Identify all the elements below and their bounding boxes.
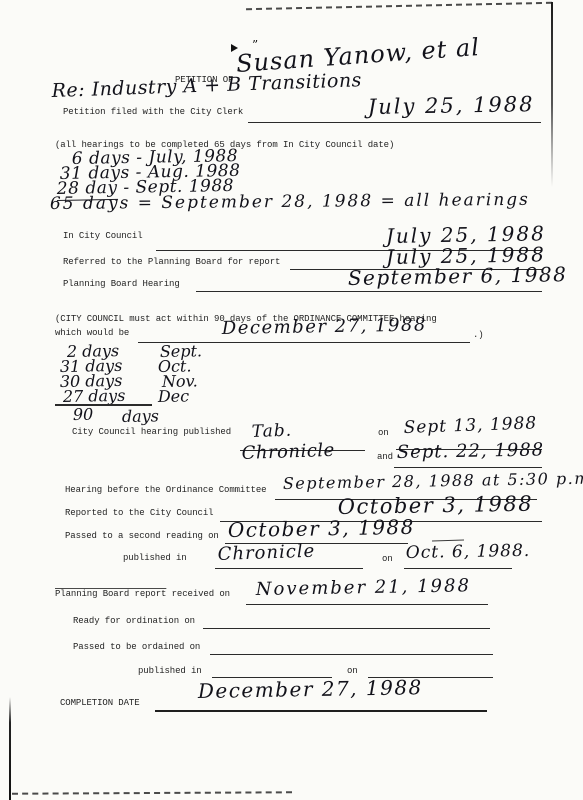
second-published-paper-handwritten: Chronicle: [217, 543, 315, 564]
passed-to-be-ordained-label: Passed to be ordained on: [73, 642, 200, 653]
tally65-row-4: 65 days = September 28, 1988 = all heari…: [50, 192, 530, 213]
tally90-sum-line: [55, 404, 152, 406]
filed-date-handwritten: July 25, 1988: [368, 94, 535, 118]
filed-with-clerk-label: Petition filed with the City Clerk: [63, 107, 243, 118]
hearing-published-label: City Council hearing published: [72, 427, 231, 438]
ready-for-ordination-label: Ready for ordination on: [73, 616, 195, 627]
referred-to-planning-board-label: Referred to the Planning Board for repor…: [63, 257, 280, 268]
hearing-published-date1-handwritten: Sept 13, 1988: [403, 415, 537, 437]
second-published-date-handwritten: Oct. 6, 1988.: [406, 543, 531, 562]
hearing-published-and-word: and: [377, 452, 393, 463]
second-reading-label: Passed to a second reading on: [65, 531, 219, 542]
pb-report-received-label: Planning Board report received on: [55, 589, 230, 600]
ready-for-ordination-line: [203, 628, 490, 629]
ordinance-90day-date-handwritten: December 27, 1988: [222, 316, 427, 338]
ordinance-committee-hearing-label: Hearing before the Ordinance Committee: [65, 485, 266, 496]
tally90-month-4: Dec: [158, 388, 190, 405]
passed-to-be-ordained-line: [210, 654, 493, 655]
filed-date-line: [248, 122, 541, 123]
second-published-on-word: on: [382, 554, 393, 565]
planning-board-hearing-date-handwritten: September 6, 1988: [348, 264, 568, 288]
re-subject-handwritten: Re: Industry A + B Transitions: [51, 71, 362, 101]
hearing-published-paper2-handwritten: Chronicle: [241, 442, 335, 463]
pb-report-line: [246, 604, 488, 605]
in-city-council-label: In City Council: [63, 231, 143, 242]
ordinance-90day-note-line2: which would be: [55, 328, 129, 339]
scan-page-bottom-edge: [12, 791, 292, 794]
second-published-paper-line: [215, 568, 363, 569]
scan-page-left-edge: [9, 697, 11, 800]
scan-page-right-edge: [551, 2, 553, 187]
second-published-date-line: [404, 568, 512, 569]
pb-report-overlined-part: Planning Board report: [55, 589, 166, 599]
final-published-in-label: published in: [138, 666, 202, 677]
hearing-published-date2-handwritten: Sept. 22, 1988: [397, 441, 545, 462]
ordinance-committee-date-handwritten: September 28, 1988 at 5:30 p.m.: [283, 471, 583, 492]
second-published-in-label: published in: [123, 553, 187, 564]
pb-report-date-handwritten: November 21, 1988: [256, 577, 471, 599]
planning-board-hearing-label: Planning Board Hearing: [63, 279, 180, 290]
scanned-petition-document: ” PETITION OF Susan Yanow, et al Re: Ind…: [0, 0, 583, 800]
tally90-days-total: 90: [73, 407, 94, 423]
planning-board-hearing-line: [196, 291, 542, 292]
scan-page-top-edge: [246, 2, 552, 10]
tally90-total-word: days: [122, 408, 159, 425]
second-reading-date-handwritten: October 3, 1988: [228, 517, 415, 540]
ordinance-90day-note-close: .): [473, 330, 484, 341]
completion-date-label: COMPLETION DATE: [60, 698, 140, 709]
hearing-published-date2-line: [394, 467, 542, 468]
pb-report-label-rest: received on: [166, 589, 230, 599]
tally90-days-4: 27 days: [63, 388, 126, 405]
completion-date-line: [155, 710, 487, 712]
hearing-published-paper1-handwritten: Tab.: [251, 423, 292, 441]
reported-date-handwritten: October 3, 1988: [338, 494, 534, 518]
reported-to-council-label: Reported to the City Council: [65, 508, 213, 519]
completion-date-handwritten: December 27, 1988: [198, 677, 423, 701]
hearing-published-on-word: on: [378, 428, 389, 439]
